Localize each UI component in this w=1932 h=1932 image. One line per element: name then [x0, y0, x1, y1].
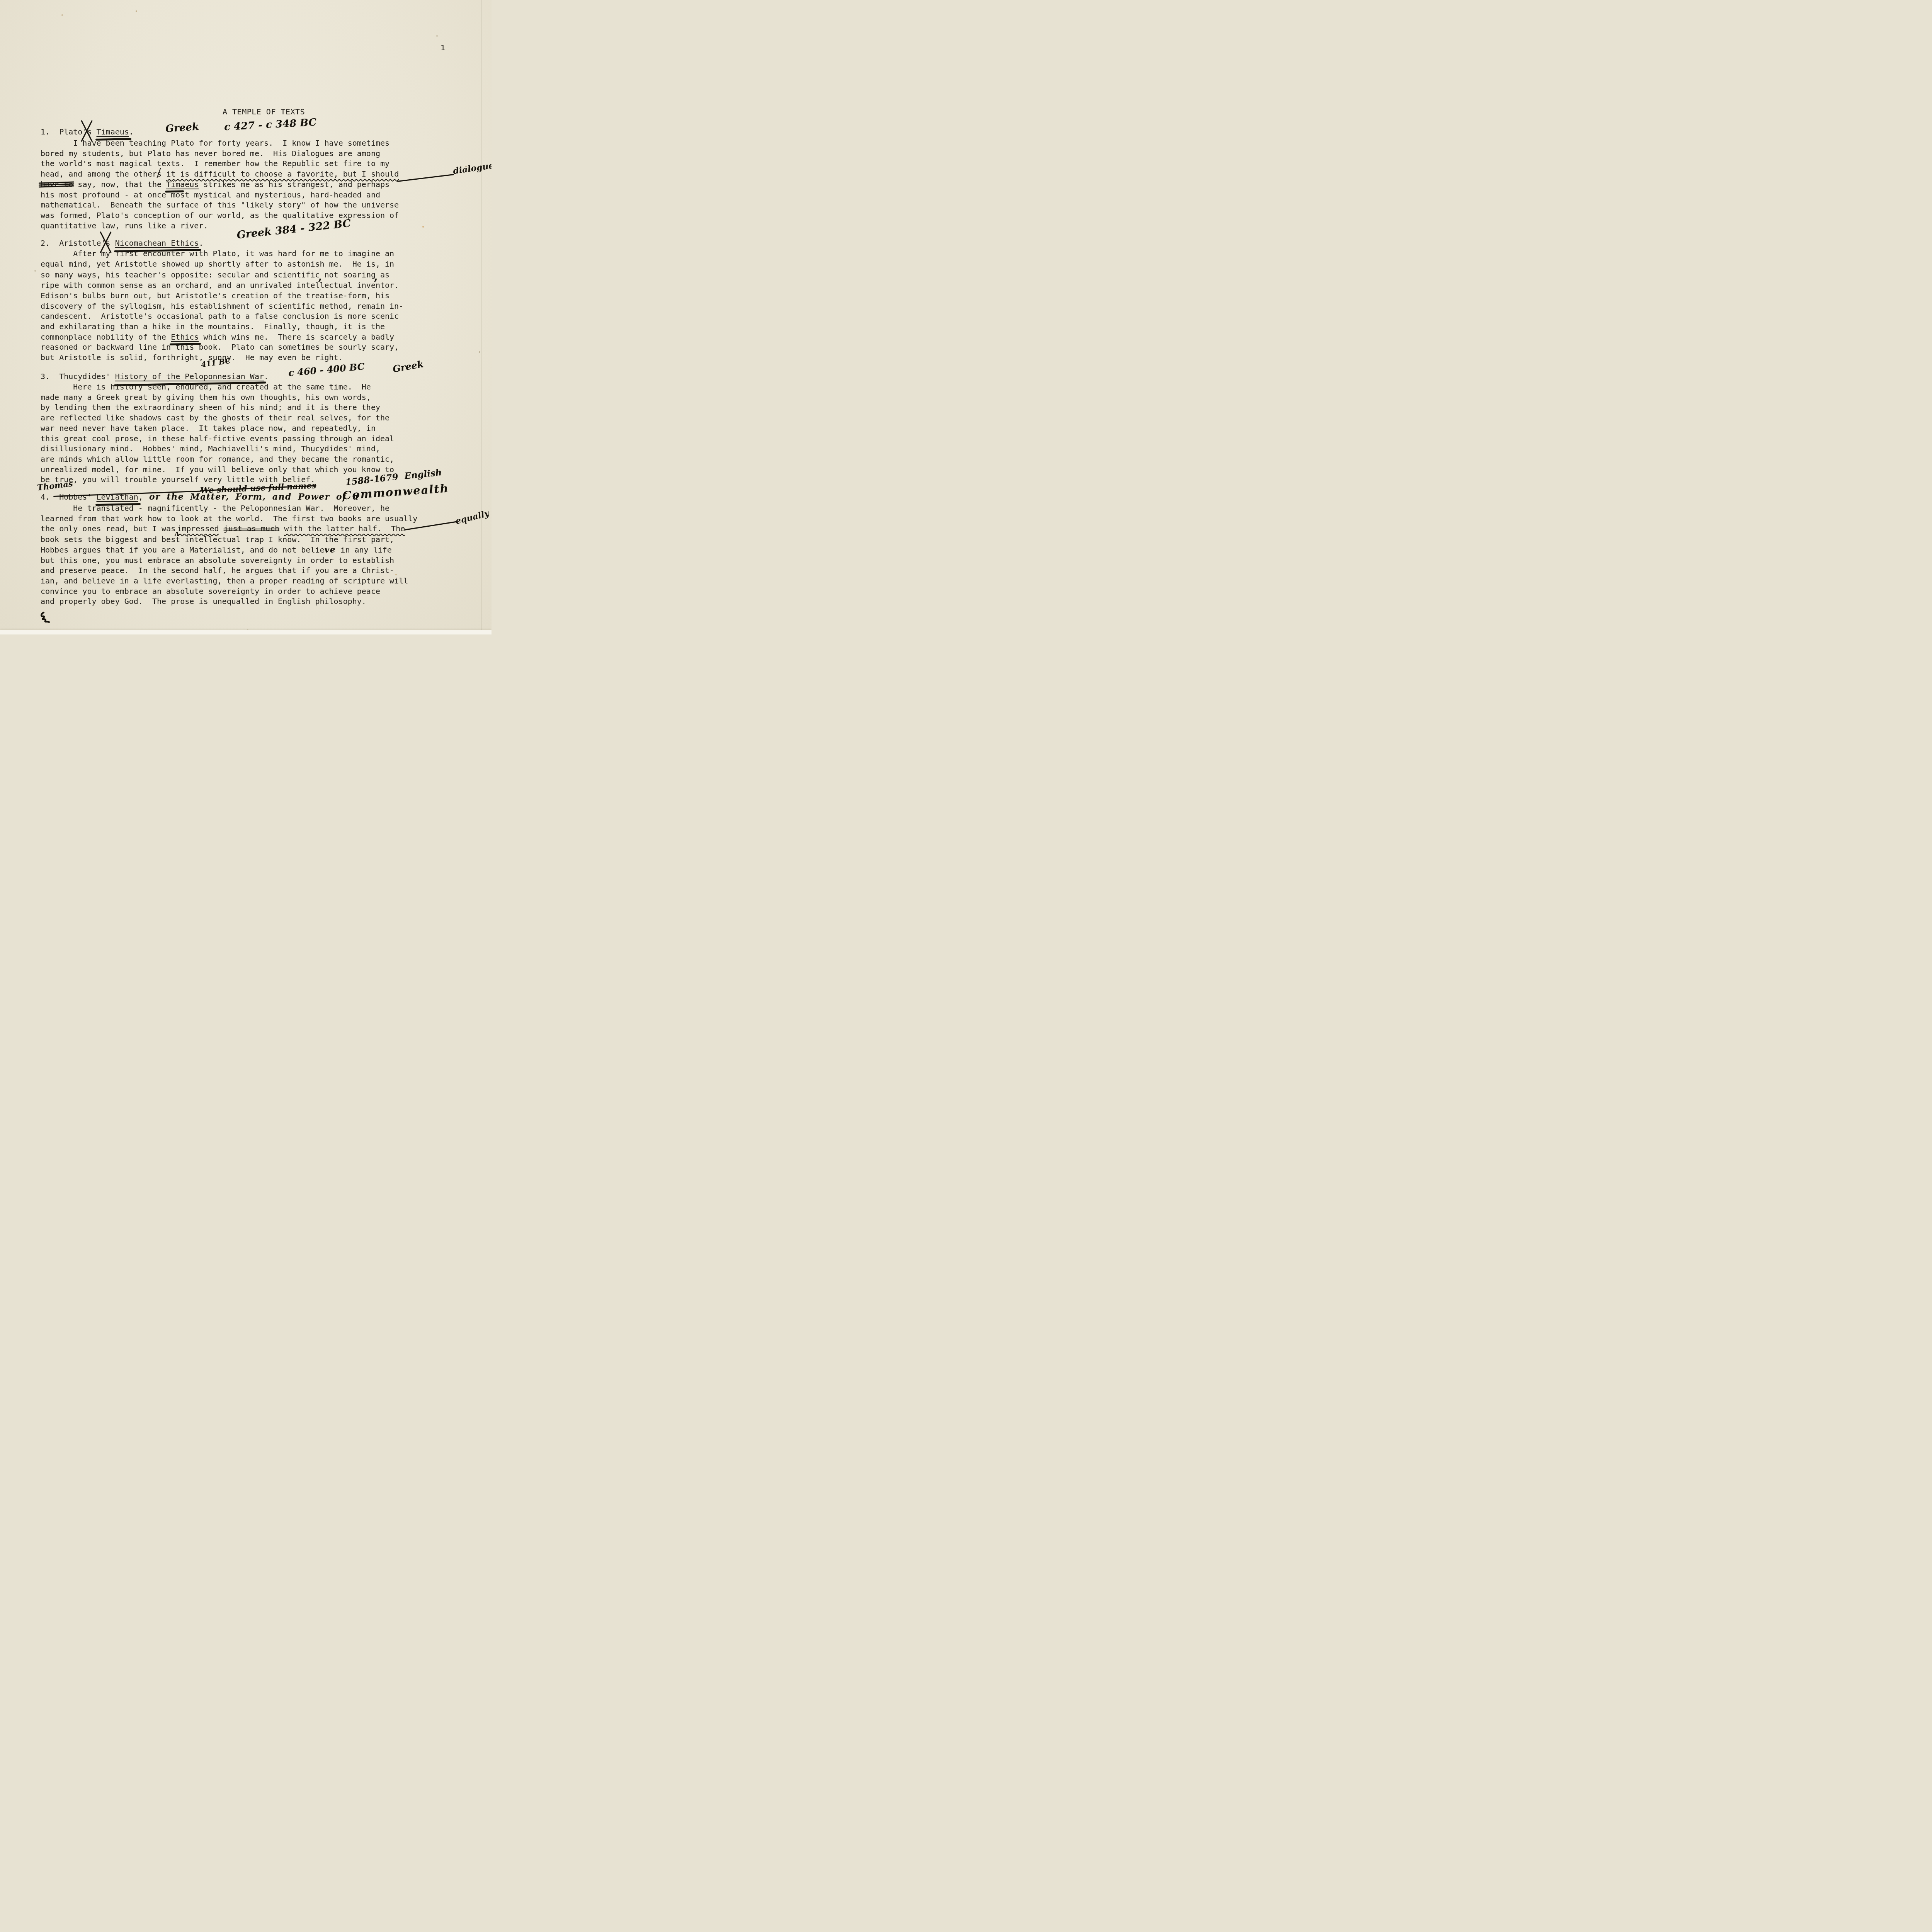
hw-margin-note-equally: equally: [454, 509, 490, 527]
typed-text: Here is history seen, endured, and creat…: [41, 382, 371, 391]
inserted-handwriting: ve: [325, 545, 336, 555]
hw-note-thucydides-dates: c 460 - 400 BC: [288, 361, 365, 378]
typed-text: 2. Aristotle: [41, 238, 101, 248]
underlined-title: History of the Peloponnesian War: [115, 372, 264, 381]
hw-note-plato-dates: c 427 - c 348 BC: [224, 117, 317, 133]
entry-2-heading: 2. Aristotle's Nicomachean Ethics.: [41, 238, 203, 248]
typed-text: .: [129, 127, 134, 136]
text-line: Hobbes argues that if you are a Material…: [41, 545, 417, 555]
typed-text: unrealized model, for mine. If you will …: [41, 465, 394, 474]
typed-text: Edison's bulbs burn out, but Aristotle's…: [41, 291, 389, 300]
text-line: ian, and believe in a life everlasting, …: [41, 576, 417, 586]
typed-text: this great cool prose, in these half-fic…: [41, 434, 394, 443]
typed-text: are minds which allow little room for ro…: [41, 454, 394, 464]
text-line: commonplace nobility of the Ethics which…: [41, 332, 403, 342]
typed-text: [219, 524, 224, 533]
typed-text: .: [264, 372, 269, 381]
typed-text: ripe with common sense as an orchard, an…: [41, 281, 399, 290]
typed-text: [162, 169, 166, 179]
typed-text: his most profound - at once most mystica…: [41, 190, 380, 199]
scanned-document-page: 1 A TEMPLE OF TEXTS 1. Plato's Timaeus. …: [0, 0, 492, 634]
insertion-caret: ʌ: [174, 528, 176, 539]
text-line: and preserve peace. In the second half, …: [41, 565, 417, 576]
text-line: book sets the biggest and best intellect…: [41, 534, 417, 545]
hw-connector-stroke: [397, 174, 454, 182]
hw-margin-note-dialogues: dialogues: [452, 160, 492, 176]
text-line: the world's most magical texts. I rememb…: [41, 158, 399, 169]
typed-text: in any life: [336, 545, 392, 554]
hand-underlined-text: with the latter half. The: [284, 524, 405, 533]
typed-text: head, and among the other: [41, 169, 157, 179]
underlined-title: Timaeus: [166, 180, 199, 189]
typed-text: the world's most magical texts. I rememb…: [41, 159, 389, 168]
text-line: and properly obey God. The prose is uneq…: [41, 596, 417, 607]
entry-2-paragraph: After my first encounter with Plato, it …: [41, 248, 403, 363]
text-line: are minds which allow little room for ro…: [41, 454, 394, 464]
typed-text: book sets the biggest and best intellect…: [41, 535, 394, 544]
typed-text: and preserve peace. In the second half, …: [41, 566, 394, 575]
entry-4-heading: 4. Hobbes' Leviathan, or the Matter, For…: [41, 492, 359, 502]
text-line: Here is history seen, endured, and creat…: [41, 382, 394, 392]
typed-text: by lending them the extraordinary sheen …: [41, 403, 380, 412]
underlined-title: Timaeus: [97, 127, 129, 136]
text-line: have to say, now, that the Timaeus strik…: [41, 179, 399, 190]
typed-text: ian, and believe in a life everlasting, …: [41, 576, 408, 585]
text-line: head, and among the others it is difficu…: [41, 169, 399, 179]
typed-text: bored my students, but Plato has never b…: [41, 149, 380, 158]
typed-text: candescent. Aristotle's occasional path …: [41, 311, 399, 321]
typed-text: 3. Thucydides': [41, 372, 115, 381]
scanner-edge: [0, 630, 492, 634]
handwritten-title-continuation: or the Matter, Form, and Power of a: [143, 492, 359, 502]
paper-edge-line: [481, 0, 482, 630]
hw-note-greek-1: Greek: [165, 121, 199, 135]
text-line: ripe with common sense as an orchard, an…: [41, 280, 403, 291]
text-line: and exhilarating than a hike in the moun…: [41, 321, 403, 332]
typed-text: so many ways, his teacher's opposite: se…: [41, 270, 320, 279]
typed-text: not soaring: [320, 270, 376, 279]
typed-text: say, now, that the: [73, 180, 166, 189]
typed-text: strikes me as his strangest, and perhaps: [199, 180, 389, 189]
underlined-title: Nicomachean Ethics: [115, 238, 199, 248]
text-line: his most profound - at once most mystica…: [41, 190, 399, 200]
typed-text: reasoned or backward line in this book. …: [41, 342, 399, 352]
text-line: by lending them the extraordinary sheen …: [41, 402, 394, 413]
text-line: be true, you will trouble yourself very …: [41, 474, 394, 485]
typed-text: but this one, you must embrace an absolu…: [41, 556, 394, 565]
hand-underlined-text: it is difficult to choose a favorite, bu…: [166, 169, 399, 179]
typed-text: disillusionary mind. Hobbes' mind, Machi…: [41, 444, 380, 453]
text-line: this great cool prose, in these half-fic…: [41, 434, 394, 444]
text-line: unrealized model, for mine. If you will …: [41, 464, 394, 475]
deleted-apostrophe-s: 's: [82, 127, 92, 136]
crossed-out-text: have to: [41, 180, 73, 189]
typed-text: the only ones read, but I was: [41, 524, 175, 533]
typed-text: I have been teaching Plato for forty yea…: [41, 138, 389, 148]
entry-1-paragraph: I have been teaching Plato for forty yea…: [41, 138, 399, 231]
typed-text: quantitative law, runs like a river.: [41, 221, 208, 230]
text-line: disillusionary mind. Hobbes' mind, Machi…: [41, 444, 394, 454]
typed-text: [92, 127, 96, 136]
entry-3-heading: 3. Thucydides' History of the Peloponnes…: [41, 371, 269, 382]
typed-text: war need never have taken place. It take…: [41, 423, 376, 433]
deleted-apostrophe-s: 's: [101, 238, 111, 248]
underlined-title: Ethics: [171, 332, 199, 342]
entry-4-paragraph: He translated - magnificently - the Pelo…: [41, 503, 417, 607]
typed-text: learned from that work how to look at th…: [41, 514, 417, 523]
typed-text: but Aristotle is solid, forthright, sunn…: [41, 353, 343, 362]
text-line: candescent. Aristotle's occasional path …: [41, 311, 403, 321]
typed-text: He translated - magnificently - the Pelo…: [41, 503, 389, 513]
text-line: equal mind, yet Aristotle showed up shor…: [41, 259, 403, 269]
text-line: the only ones read, but I wasʌimpressed …: [41, 524, 417, 534]
entry-1-heading: 1. Plato's Timaeus.: [41, 127, 134, 137]
text-line: discovery of the syllogism, his establis…: [41, 301, 403, 311]
typed-text: which wins me. There is scarcely a badly: [199, 332, 394, 342]
typed-text: 4. Hobbes': [41, 492, 97, 502]
hand-underlined-text: impressed: [177, 524, 219, 533]
crossed-out-text: just as much: [224, 524, 280, 533]
page-number: 1: [440, 43, 445, 53]
entry-3-paragraph: Here is history seen, endured, and creat…: [41, 382, 394, 485]
text-line: war need never have taken place. It take…: [41, 423, 394, 434]
slashed-letter: s: [157, 169, 162, 179]
page-title: A TEMPLE OF TEXTS: [223, 107, 305, 117]
text-line: I have been teaching Plato for forty yea…: [41, 138, 399, 148]
text-line: After my first encounter with Plato, it …: [41, 248, 403, 259]
typed-text: [279, 524, 284, 533]
text-line: mathematical. Beneath the surface of thi…: [41, 200, 399, 210]
typed-text: commonplace nobility of the: [41, 332, 171, 342]
typed-text: .: [199, 238, 203, 248]
typed-text: made many a Greek great by giving them h…: [41, 393, 371, 402]
text-line: Edison's bulbs burn out, but Aristotle's…: [41, 291, 403, 301]
text-line: learned from that work how to look at th…: [41, 514, 417, 524]
text-line: convince you to embrace an absolute sove…: [41, 586, 417, 597]
typed-text: are reflected like shadows cast by the g…: [41, 413, 389, 422]
text-line: He translated - magnificently - the Pelo…: [41, 503, 417, 514]
typed-text: and exhilarating than a hike in the moun…: [41, 322, 385, 331]
typed-text: After my first encounter with Plato, it …: [41, 249, 394, 258]
typed-text: 1. Plato: [41, 127, 82, 136]
typed-text: mathematical. Beneath the surface of thi…: [41, 200, 399, 209]
typed-text: Hobbes argues that if you are a Material…: [41, 545, 325, 554]
typed-text: discovery of the syllogism, his establis…: [41, 301, 403, 311]
text-line: but this one, you must embrace an absolu…: [41, 555, 417, 566]
typed-text: [111, 238, 115, 248]
text-line: bored my students, but Plato has never b…: [41, 148, 399, 159]
paper-specks: [0, 0, 1, 1]
text-line: are reflected like shadows cast by the g…: [41, 413, 394, 423]
typed-text: convince you to embrace an absolute sove…: [41, 587, 380, 596]
text-line: so many ways, his teacher's opposite: se…: [41, 269, 403, 280]
typed-text: and properly obey God. The prose is uneq…: [41, 597, 366, 606]
text-line: reasoned or backward line in this book. …: [41, 342, 403, 352]
typed-text: equal mind, yet Aristotle showed up shor…: [41, 259, 394, 269]
handwritten-mark: [39, 611, 51, 627]
text-line: made many a Greek great by giving them h…: [41, 392, 394, 403]
